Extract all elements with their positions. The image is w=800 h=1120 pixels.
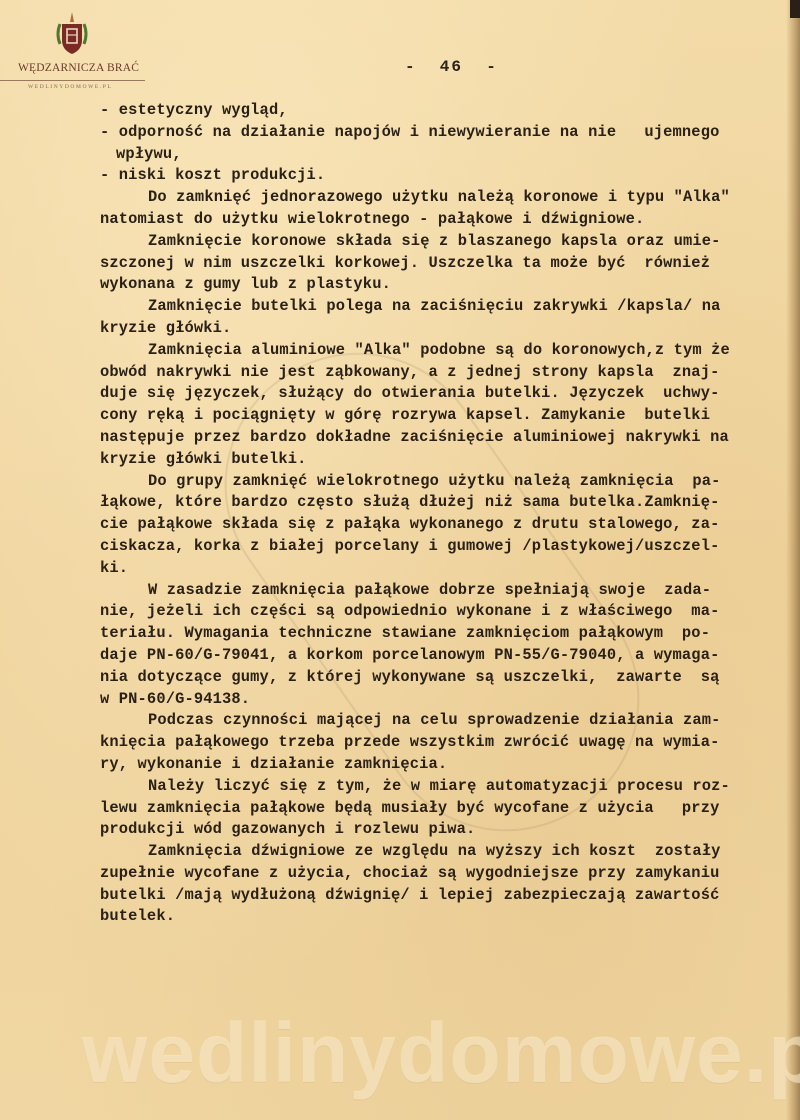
text-line: łąkowe, które bardzo często służą dłużej…	[100, 492, 790, 514]
text-line: W zasadzie zamknięcia pałąkowe dobrze sp…	[100, 580, 790, 602]
text-line: cie pałąkowe składa się z pałąka wykonan…	[100, 514, 790, 536]
text-line: nie, jeżeli ich części są odpowiednio wy…	[100, 601, 790, 623]
text-line: Do zamknięć jednorazowego użytku należą …	[100, 187, 790, 209]
text-line: nia dotyczące gumy, z której wykonywane …	[100, 667, 790, 689]
text-line: knięcia pałąkowego trzeba przede wszystk…	[100, 732, 790, 754]
text-line: Zamknięcie butelki polega na zaciśnięciu…	[100, 296, 790, 318]
text-line: ciskacza, korka z białej porcelany i gum…	[100, 536, 790, 558]
text-line: butelek.	[100, 906, 790, 928]
document-body: - estetyczny wygląd,- odporność na dział…	[100, 100, 790, 928]
text-line: Podczas czynności mającej na celu sprowa…	[100, 710, 790, 732]
text-line: następuje przez bardzo dokładne zaciśnię…	[100, 427, 790, 449]
text-line: Do grupy zamknięć wielokrotnego użytku n…	[100, 471, 790, 493]
text-line: daje PN-60/G-79041, a korkom porcelanowy…	[100, 645, 790, 667]
text-line: szczonej w nim uszczelki korkowej. Uszcz…	[100, 253, 790, 275]
bullet-line: wpływu,	[100, 144, 790, 166]
text-line: w PN-60/G-94138.	[100, 689, 790, 711]
text-line: kryzie główki butelki.	[100, 449, 790, 471]
site-logo[interactable]: WĘDZARNICZA BRAĆ WEDLINYDOMOWE.PL	[0, 0, 150, 95]
text-line: produkcji wód gazowanych i rozlewu piwa.	[100, 819, 790, 841]
bullet-line: - niski koszt produkcji.	[100, 165, 790, 187]
smokehouse-crest-icon	[52, 10, 92, 56]
page-number: - 46 -	[405, 58, 498, 76]
text-line: wykonana z gumy lub z plastyku.	[100, 274, 790, 296]
text-line: ki.	[100, 558, 790, 580]
page-corner	[790, 0, 800, 18]
logo-divider	[0, 80, 145, 81]
text-line: teriału. Wymagania techniczne stawiane z…	[100, 623, 790, 645]
text-line: cony ręką i pociągnięty w górę rozrywa k…	[100, 405, 790, 427]
text-line: duje się języczek, służący do otwierania…	[100, 383, 790, 405]
text-line: natomiast do użytku wielokrotnego - pałą…	[100, 209, 790, 231]
text-line: Zamknięcia dźwigniowe ze względu na wyżs…	[100, 841, 790, 863]
text-line: zupełnie wycofane z użycia, chociaż są w…	[100, 863, 790, 885]
text-line: obwód nakrywki nie jest ząbkowany, a z j…	[100, 362, 790, 384]
bullet-line: - estetyczny wygląd,	[100, 100, 790, 122]
brand-site: WEDLINYDOMOWE.PL	[28, 84, 112, 90]
text-line: lewu zamknięcia pałąkowe będą musiały by…	[100, 798, 790, 820]
text-line: kryzie główki.	[100, 318, 790, 340]
text-line: butelki /mają wydłużoną dźwignię/ i lepi…	[100, 885, 790, 907]
brand-name: WĘDZARNICZA BRAĆ	[18, 62, 148, 74]
text-line: Należy liczyć się z tym, że w miarę auto…	[100, 776, 790, 798]
text-line: ry, wykonanie i działanie zamknięcia.	[100, 754, 790, 776]
bullet-line: - odporność na działanie napojów i niewy…	[100, 122, 790, 144]
text-line: Zamknięcie koronowe składa się z blaszan…	[100, 231, 790, 253]
text-line: Zamknięcia aluminiowe "Alka" podobne są …	[100, 340, 790, 362]
watermark: wedlinydomowe.pl	[82, 1005, 800, 1102]
